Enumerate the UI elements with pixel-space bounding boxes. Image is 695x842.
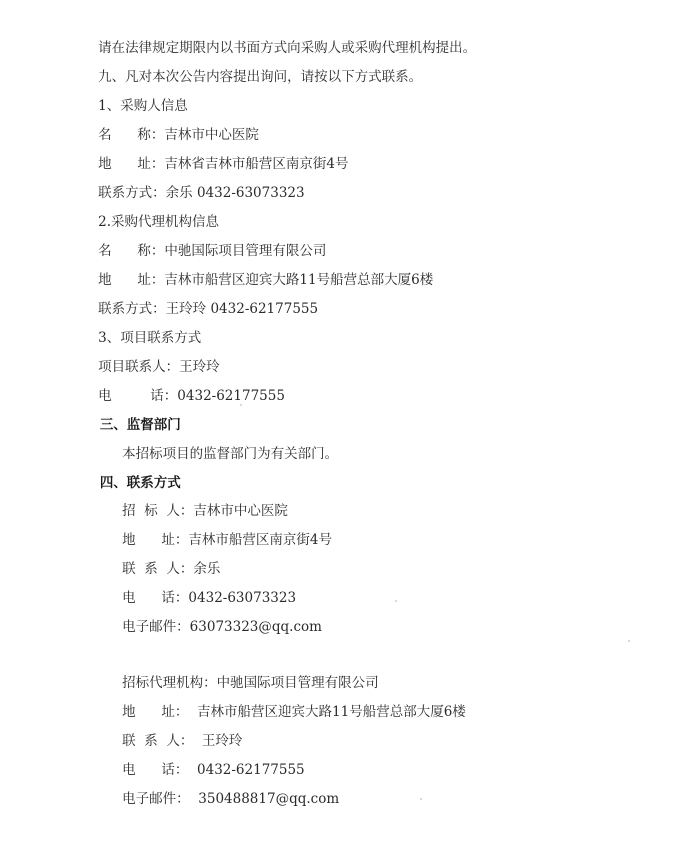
section-four-heading: 四、联系方式 — [81, 456, 181, 474]
intro-line: 请在法律规定期限内以书面方式向采购人或采购代理机构提出。 — [81, 21, 476, 39]
scan-speck — [628, 640, 630, 642]
agent-org-row: 招标代理机构：中驰国际项目管理有限公司 — [105, 656, 379, 674]
agent-email-row: 电子邮件： 350488817@qq.com — [105, 772, 339, 790]
project-contact-phone-value: 0432-62177555 — [177, 388, 285, 404]
project-contact-phone-row: 电 话：0432-62177555 — [81, 369, 285, 387]
section-three-heading: 三、监督部门 — [81, 398, 181, 416]
tenderer-email-value: 63073323@qq.com — [190, 619, 322, 635]
agent-person-row: 联 系 人： 王玲玲 — [105, 714, 242, 732]
agent-email-label: 电子邮件： — [122, 790, 198, 808]
purchaser-heading: 1、采购人信息 — [81, 79, 188, 97]
agency-address-row: 地 址：吉林市船营区迎宾大路11号船营总部大厦6楼 — [81, 253, 433, 271]
tenderer-email-row: 电子邮件：63073323@qq.com — [105, 600, 322, 618]
tenderer-address-row: 地 址：吉林市船营区南京街4号 — [105, 513, 332, 531]
scan-speck — [420, 798, 422, 800]
project-contact-heading: 3、项目联系方式 — [81, 311, 201, 329]
purchaser-name-row: 名 称：吉林市中心医院 — [81, 108, 259, 126]
agent-phone-row: 电 话： 0432-62177555 — [105, 743, 305, 761]
tenderer-phone-row: 电 话：0432-63073323 — [105, 571, 296, 589]
section-nine-line: 九、凡对本次公告内容提出询问，请按以下方式联系。 — [81, 50, 422, 68]
agent-address-row: 地 址： 吉林市船营区迎宾大路11号船营总部大厦6楼 — [105, 685, 466, 703]
scan-speck — [395, 600, 397, 602]
section-three-body: 本招标项目的监督部门为有关部门。 — [105, 427, 338, 445]
tenderer-email-label: 电子邮件： — [122, 618, 190, 636]
tenderer-person-row: 联 系 人：余乐 — [105, 542, 220, 560]
agent-email-value: 350488817@qq.com — [198, 791, 339, 807]
scan-speck — [240, 404, 242, 406]
purchaser-contact-row: 联系方式：余乐 0432-63073323 — [81, 166, 305, 184]
agency-name-row: 名 称：中驰国际项目管理有限公司 — [81, 224, 326, 242]
agency-contact-row: 联系方式：王玲玲 0432-62177555 — [81, 282, 318, 300]
tenderer-org-row: 招 标 人：吉林市中心医院 — [105, 484, 288, 502]
purchaser-address-row: 地 址：吉林省吉林市船营区南京街4号 — [81, 137, 349, 155]
project-contact-person-row: 项目联系人：王玲玲 — [81, 340, 220, 358]
agency-heading: 2.采购代理机构信息 — [81, 195, 219, 213]
